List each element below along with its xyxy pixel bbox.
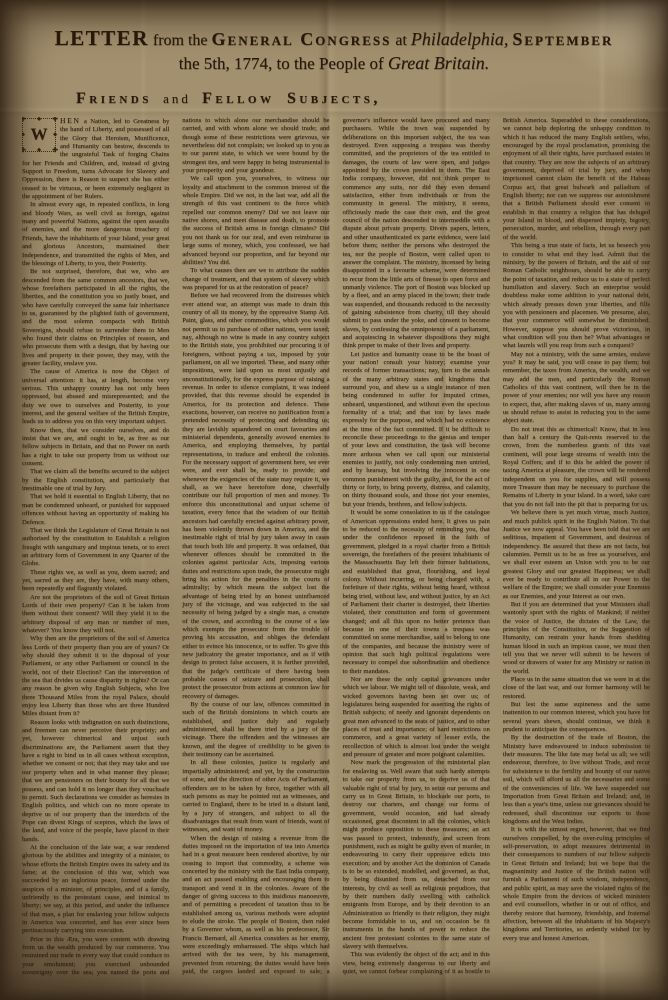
- paragraph: Be not surprised, therefore, that we, wh…: [22, 268, 169, 368]
- ornament-cross-icon: ✚: [52, 117, 58, 123]
- paragraph: May not a ministry, with the same armies…: [503, 351, 650, 426]
- salutation-segment: Friends: [76, 90, 152, 107]
- dropcap-ornament-w: ✚✚✚✚◆◆◆◆W: [22, 118, 56, 152]
- paragraph: ✚✚✚✚◆◆◆◆WHEN a Nation, led to Greatness …: [22, 117, 169, 201]
- body-columns: ✚✚✚✚◆◆◆◆WHEN a Nation, led to Greatness …: [22, 117, 650, 978]
- title-segment: September: [512, 29, 613, 49]
- dropcap-letter: W: [31, 131, 48, 139]
- paragraph: Are not the proprietors of the soil of G…: [22, 594, 169, 636]
- paragraph: Do not treat this as chimerical! Know, t…: [503, 426, 650, 509]
- paragraph: But if you are determined that your Mini…: [503, 601, 650, 676]
- paragraph: By the destruction of the trade of Bosto…: [503, 734, 650, 826]
- paragraph: We believe there is yet much virtue, muc…: [503, 509, 650, 601]
- document-title: LETTER from the General Congress at Phil…: [16, 26, 652, 75]
- paragraph: That we hold it essential to English Lib…: [22, 493, 169, 526]
- title-line-2: the 5th, 1774, to the People of Great Br…: [16, 53, 652, 75]
- paragraph: By the course of our law, offences commi…: [182, 701, 329, 759]
- ornament-diamond-icon: ◆: [53, 133, 57, 138]
- paragraph: Why then are the proprietors of the soil…: [22, 635, 169, 718]
- paragraph: That we claim all the benefits secured t…: [22, 468, 169, 493]
- title-segment: Great Britain.: [388, 53, 489, 73]
- title-segment: Philadelphia,: [411, 29, 509, 49]
- paragraph: To what causes then are we to attribute …: [182, 267, 329, 292]
- salutation-segment: and: [152, 91, 202, 106]
- salutation: Friends and Fellow Subjects,: [76, 90, 381, 108]
- ornament-cross-icon: ✚: [22, 117, 26, 123]
- salutation-segment: Fellow Subjects,: [202, 90, 381, 107]
- paragraph: That we think the Legislature of Great B…: [22, 527, 169, 569]
- ornament-diamond-icon: ◆: [37, 148, 41, 153]
- title-segment: at: [391, 32, 411, 49]
- paragraph: Now mark the progression of the minister…: [343, 759, 490, 951]
- paragraph: Place us in the same situation that we w…: [503, 676, 650, 701]
- paragraph: In all these colonies, justice is regula…: [182, 759, 329, 834]
- paragraph: The cause of America is now the Object o…: [22, 368, 169, 426]
- title-segment: General Congress: [212, 29, 392, 49]
- paragraph: Know then, that we consider ourselves, a…: [22, 427, 169, 469]
- title-segment: LETTER: [55, 26, 149, 50]
- ornament-diamond-icon: ◆: [37, 117, 41, 122]
- paragraph: Nor are these the only capital grievance…: [343, 676, 490, 759]
- paragraph: It is with the utmost regret, however, t…: [503, 826, 650, 943]
- paragraph: At the conclusion of the late war, a war…: [22, 844, 169, 936]
- paragraph: But lest the same supineness and the sam…: [503, 701, 650, 734]
- ornament-cross-icon: ✚: [52, 147, 58, 154]
- paragraph: In almost every age, in repeated conflic…: [22, 201, 169, 268]
- paragraph: We call upon you, yourselves, to witness…: [182, 175, 329, 267]
- paragraph: Reason looks with indignation on such di…: [22, 719, 169, 844]
- paragraph: Let justice and humanity cease to be the…: [343, 351, 490, 510]
- ornament-diamond-icon: ◆: [22, 133, 25, 138]
- paragraph: It would be some consolation to us if th…: [343, 509, 490, 676]
- paragraph: Before we had recovered from the distres…: [182, 292, 329, 701]
- title-line-1: LETTER from the General Congress at Phil…: [16, 26, 652, 52]
- paragraph: These rights we, as well as you, deem sa…: [22, 569, 169, 594]
- ornament-cross-icon: ✚: [22, 147, 26, 154]
- title-segment: from the: [149, 32, 212, 49]
- broadside-page: LETTER from the General Congress at Phil…: [0, 0, 668, 1000]
- paragraph: This being a true state of facts, let us…: [503, 242, 650, 350]
- title-segment: the 5th, 1774, to the People of: [179, 54, 388, 73]
- opening-letters: HEN: [60, 117, 80, 125]
